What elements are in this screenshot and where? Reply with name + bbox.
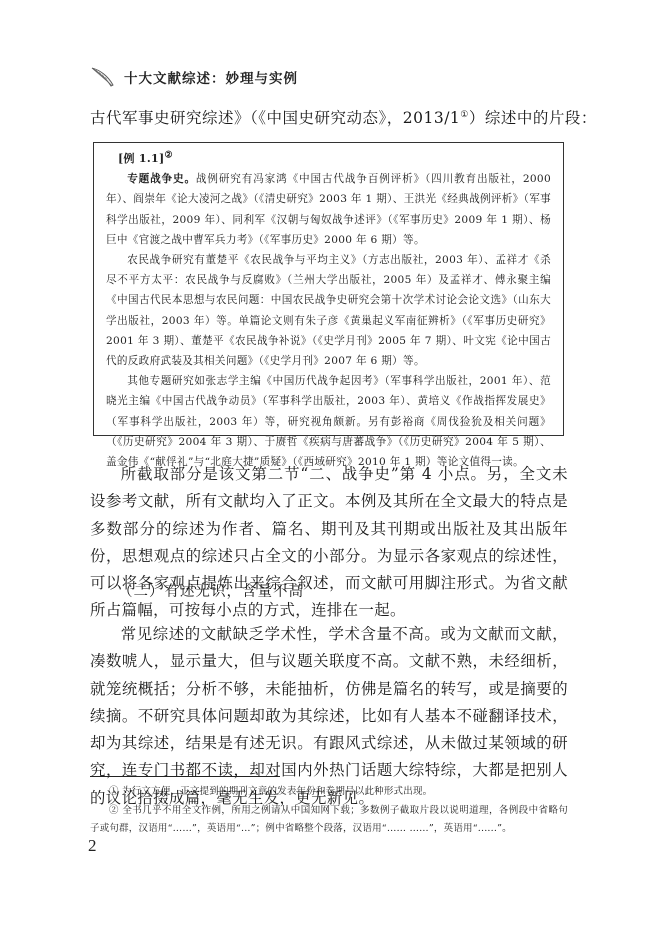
footnote-mark: ①	[109, 786, 119, 797]
quill-icon	[90, 66, 116, 88]
example-text: 农民战争研究有董楚平《农民战争与平均主义》（方志出版社，2003 年）、孟祥才《…	[106, 254, 551, 367]
footnote-ref[interactable]: ①	[460, 110, 469, 120]
example-paragraph: 农民战争研究有董楚平《农民战争与平均主义》（方志出版社，2003 年）、孟祥才《…	[106, 250, 551, 371]
intro-text: 古代军事史研究综述》（《中国史研究动态》，2013/1	[90, 109, 460, 127]
page-number: 2	[88, 836, 97, 856]
example-paragraph: 专题战争史。战例研究有冯家鸿《中国古代战争百例评析》（四川教育出版社，2000 …	[106, 169, 551, 250]
footnote: ② 全书几乎不用全文作例，所用之例请从中国知网下载；多数例子截取片段以说明道理，…	[90, 802, 568, 839]
example-box: [例 1.1]② 专题战争史。战例研究有冯家鸿《中国古代战争百例评析》（四川教育…	[93, 142, 564, 436]
footnote-text: 为行文方便，正文提到的期刊文章的发表年份和卷期号以此种形式出现。	[122, 786, 432, 797]
footnotes: ① 为行文方便，正文提到的期刊文章的发表年份和卷期号以此种形式出现。 ② 全书几…	[90, 783, 568, 839]
example-text: 其他专题研究如张志学主编《中国历代战争起因考》（军事科学出版社，2001 年）、…	[106, 375, 551, 468]
example-label: [例 1.1]②	[106, 149, 551, 169]
book-title: 十大文献综述：妙理与实例	[124, 67, 298, 87]
intro-line: 古代军事史研究综述》（《中国史研究动态》，2013/1①）综述中的片段：	[90, 106, 597, 128]
example-lead: 专题战争史。	[127, 173, 196, 185]
footnote-text: 全书几乎不用全文作例，所用之例请从中国知网下载；多数例子截取片段以说明道理，各例…	[90, 805, 568, 835]
intro-tail: ）综述中的片段：	[469, 109, 597, 127]
footnote: ① 为行文方便，正文提到的期刊文章的发表年份和卷期号以此种形式出现。	[90, 783, 568, 802]
footnote-ref[interactable]: ②	[164, 150, 172, 160]
example-paragraph: 其他专题研究如张志学主编《中国历代战争起因考》（军事科学出版社，2001 年）、…	[106, 371, 551, 472]
example-label-text: [例 1.1]	[118, 152, 164, 165]
section-subheading: （二）有述无识，含量不高	[118, 580, 304, 601]
running-header: 十大文献综述：妙理与实例	[90, 66, 298, 88]
footnote-divider	[90, 776, 280, 777]
footnote-mark: ②	[109, 805, 119, 816]
